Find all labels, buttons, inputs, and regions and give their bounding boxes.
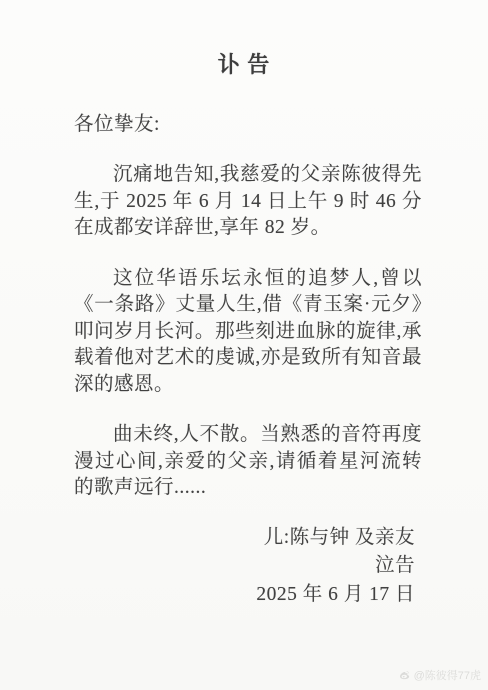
signature-closing: 泣告	[0, 552, 415, 580]
document-title: 讣 告	[0, 0, 488, 78]
paragraph-farewell: 曲未终,人不散。当熟悉的音符再度漫过心间,亲爱的父亲,请循着星河流转的歌声远行.…	[74, 422, 422, 502]
signature-signer: 儿:陈与钟 及亲友	[0, 524, 415, 552]
obituary-document: 讣 告 各位挚友: 沉痛地告知,我慈爱的父亲陈彼得先生,于 2025 年 6 月…	[0, 0, 488, 690]
signature-date: 2025 年 6 月 17 日	[0, 581, 415, 609]
weibo-logo-icon	[399, 669, 411, 681]
signature-block: 儿:陈与钟 及亲友 泣告 2025 年 6 月 17 日	[0, 524, 488, 609]
document-body: 各位挚友: 沉痛地告知,我慈爱的父亲陈彼得先生,于 2025 年 6 月 14 …	[0, 111, 488, 502]
watermark: @陈彼得77虎	[399, 667, 481, 683]
paragraph-tribute: 这位华语乐坛永恒的追梦人,曾以《一条路》丈量人生,借《青玉案·元夕》叩问岁月长河…	[74, 266, 422, 399]
watermark-text: @陈彼得77虎	[414, 667, 481, 683]
paragraph-death-notice: 沉痛地告知,我慈爱的父亲陈彼得先生,于 2025 年 6 月 14 日上午 9 …	[74, 162, 422, 242]
salutation: 各位挚友:	[74, 111, 422, 138]
